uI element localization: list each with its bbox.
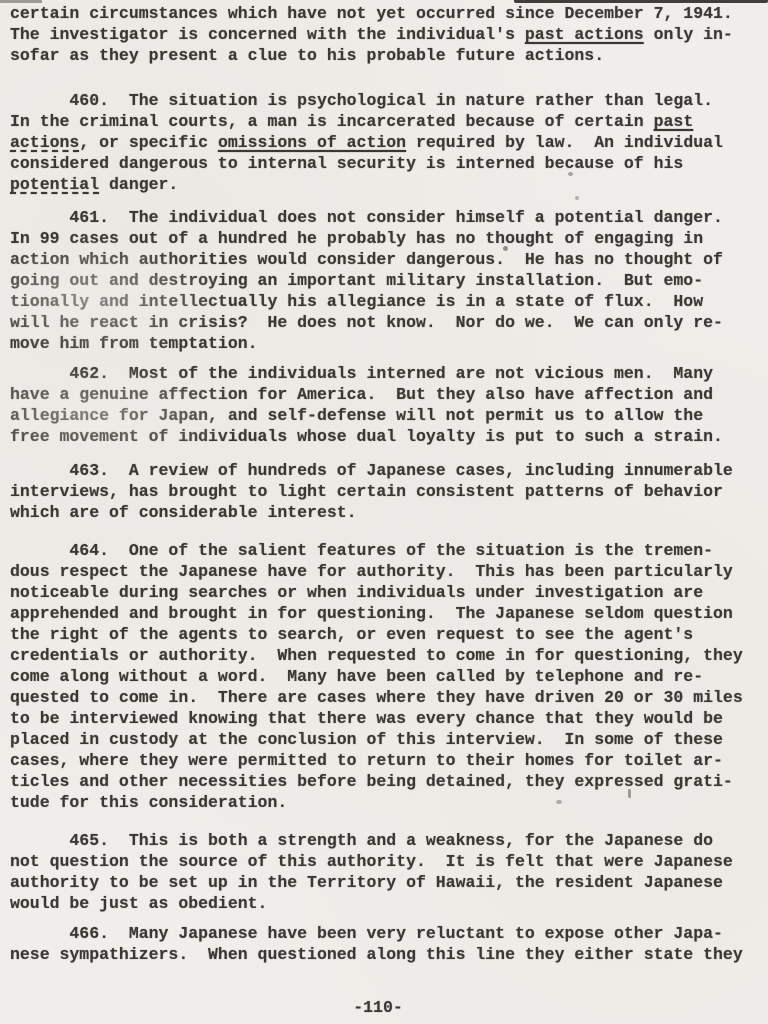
text-segment: sofar as they present a clue to his prob… — [10, 46, 604, 65]
text-segment: danger. — [99, 175, 178, 194]
paragraph-continuation: certain circumstances which have not yet… — [10, 3, 768, 66]
text-segment: authority to be set up in the Territory … — [10, 873, 723, 892]
text-segment: will he react in crisis? He does not kno… — [10, 313, 723, 332]
paragraph-464: 464. One of the salient features of the … — [10, 540, 768, 813]
text-segment: dous respect the Japanese have for autho… — [10, 562, 733, 581]
text-line: quested to come in. There are cases wher… — [10, 687, 768, 708]
text-line: ticles and other necessities before bein… — [10, 771, 768, 792]
text-line: not question the source of this authorit… — [10, 851, 768, 872]
text-line: cases, where they were permitted to retu… — [10, 750, 768, 771]
text-line: 465. This is both a strength and a weakn… — [10, 830, 768, 851]
text-segment: certain circumstances which have not yet… — [10, 4, 733, 23]
text-segment: only in- — [644, 25, 733, 44]
text-segment: which are of considerable interest. — [10, 503, 357, 522]
text-segment: 462. Most of the individuals interned ar… — [10, 364, 713, 383]
text-segment: considered dangerous to internal securit… — [10, 154, 683, 173]
text-line: which are of considerable interest. — [10, 502, 768, 523]
text-line: placed in custody at the conclusion of t… — [10, 729, 768, 750]
text-segment: to be interviewed knowing that there was… — [10, 709, 723, 728]
text-line: come along without a word. Many have bee… — [10, 666, 768, 687]
text-segment: required by law. An individual — [406, 133, 723, 152]
scanned-document-page: certain circumstances which have not yet… — [0, 0, 768, 1024]
text-segment: free movement of individuals whose dual … — [10, 427, 723, 446]
text-segment: come along without a word. Many have bee… — [10, 667, 703, 686]
paragraph-461: 461. The individual does not consider hi… — [10, 207, 768, 354]
text-line: have a genuine affection for America. Bu… — [10, 384, 768, 405]
text-segment: interviews, has brought to light certain… — [10, 482, 723, 501]
text-line: 461. The individual does not consider hi… — [10, 207, 768, 228]
text-line: In the criminal courts, a man is incarce… — [10, 111, 768, 132]
text-line: 462. Most of the individuals interned ar… — [10, 363, 768, 384]
text-line: actions, or specific omissions of action… — [10, 132, 768, 153]
text-segment: going out and destroying an important mi… — [10, 271, 703, 290]
text-line: potential danger. — [10, 174, 768, 195]
text-line: the right of the agents to search, or ev… — [10, 624, 768, 645]
text-line: 463. A review of hundreds of Japanese ca… — [10, 460, 768, 481]
text-segment: The investigator is concerned with the i… — [10, 25, 525, 44]
text-segment: 466. Many Japanese have been very reluct… — [10, 924, 723, 943]
text-segment: action which authorities would consider … — [10, 250, 723, 269]
text-line: to be interviewed knowing that there was… — [10, 708, 768, 729]
paragraph-466: 466. Many Japanese have been very reluct… — [10, 923, 768, 965]
text-line: In 99 cases out of a hundred he probably… — [10, 228, 768, 249]
text-segment: , or specific — [79, 133, 218, 152]
underlined-text: potential — [10, 175, 99, 194]
paragraph-460: 460. The situation is psychological in n… — [10, 90, 768, 195]
text-line: credentials or authority. When requested… — [10, 645, 768, 666]
text-line: apprehended and brought in for questioni… — [10, 603, 768, 624]
paragraph-462: 462. Most of the individuals interned ar… — [10, 363, 768, 447]
text-segment: not question the source of this authorit… — [10, 852, 733, 871]
text-segment: In the criminal courts, a man is incarce… — [10, 112, 654, 131]
document-body: certain circumstances which have not yet… — [10, 3, 768, 965]
text-segment: ticles and other necessities before bein… — [10, 772, 733, 791]
underlined-text: omissions of action — [218, 133, 406, 152]
text-line: free movement of individuals whose dual … — [10, 426, 768, 447]
text-segment: placed in custody at the conclusion of t… — [10, 730, 723, 749]
text-segment: 460. The situation is psychological in n… — [10, 91, 713, 110]
text-segment: 465. This is both a strength and a weakn… — [10, 831, 713, 850]
underlined-text: actions — [10, 133, 79, 152]
text-segment: the right of the agents to search, or ev… — [10, 625, 693, 644]
text-line: dous respect the Japanese have for autho… — [10, 561, 768, 582]
text-line: 460. The situation is psychological in n… — [10, 90, 768, 111]
text-segment: quested to come in. There are cases wher… — [10, 688, 743, 707]
text-line: 466. Many Japanese have been very reluct… — [10, 923, 768, 944]
text-segment: 461. The individual does not consider hi… — [10, 208, 723, 227]
text-line: nese sympathizers. When questioned along… — [10, 944, 768, 965]
text-line: tude for this consideration. — [10, 792, 768, 813]
text-segment: nese sympathizers. When questioned along… — [10, 945, 743, 964]
text-segment: tude for this consideration. — [10, 793, 287, 812]
page-number: -110- — [4, 997, 752, 1018]
text-segment: have a genuine affection for America. Bu… — [10, 385, 713, 404]
underlined-text: past — [654, 112, 694, 131]
paragraph-465: 465. This is both a strength and a weakn… — [10, 830, 768, 914]
text-line: noticeable during searches or when indiv… — [10, 582, 768, 603]
text-line: interviews, has brought to light certain… — [10, 481, 768, 502]
text-line: 464. One of the salient features of the … — [10, 540, 768, 561]
paragraph-463: 463. A review of hundreds of Japanese ca… — [10, 460, 768, 523]
text-segment: cases, where they were permitted to retu… — [10, 751, 723, 770]
text-line: allegiance for Japan, and self-defense w… — [10, 405, 768, 426]
text-line: tionally and intellectually his allegian… — [10, 291, 768, 312]
text-segment: 463. A review of hundreds of Japanese ca… — [10, 461, 733, 480]
text-segment: move him from temptation. — [10, 334, 258, 353]
text-line: authority to be set up in the Territory … — [10, 872, 768, 893]
text-line: would be just as obedient. — [10, 893, 768, 914]
underlined-text: past actions — [525, 25, 644, 44]
text-segment: would be just as obedient. — [10, 894, 267, 913]
text-segment: allegiance for Japan, and self-defense w… — [10, 406, 703, 425]
text-line: going out and destroying an important mi… — [10, 270, 768, 291]
text-line: will he react in crisis? He does not kno… — [10, 312, 768, 333]
text-segment: noticeable during searches or when indiv… — [10, 583, 703, 602]
text-segment: In 99 cases out of a hundred he probably… — [10, 229, 703, 248]
text-segment: apprehended and brought in for questioni… — [10, 604, 733, 623]
text-segment: tionally and intellectually his allegian… — [10, 292, 703, 311]
text-line: move him from temptation. — [10, 333, 768, 354]
text-line: sofar as they present a clue to his prob… — [10, 45, 768, 66]
text-line: certain circumstances which have not yet… — [10, 3, 768, 24]
text-line: action which authorities would consider … — [10, 249, 768, 270]
text-segment: credentials or authority. When requested… — [10, 646, 743, 665]
text-line: The investigator is concerned with the i… — [10, 24, 768, 45]
text-line: considered dangerous to internal securit… — [10, 153, 768, 174]
text-segment: 464. One of the salient features of the … — [10, 541, 713, 560]
